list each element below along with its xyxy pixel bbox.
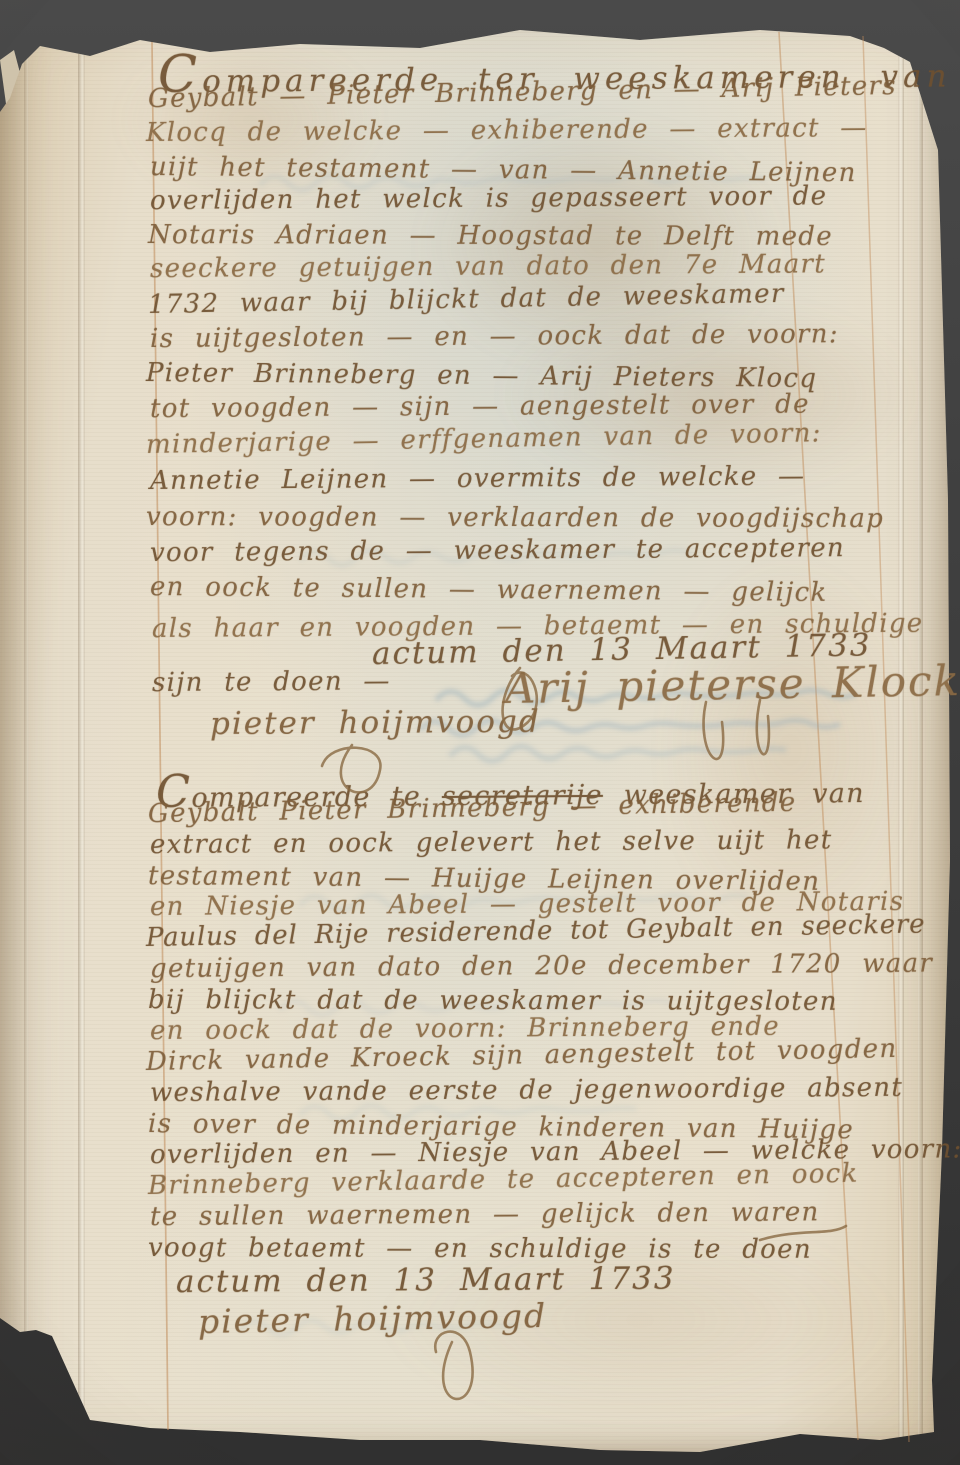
entry1-signature-right: Arij pieterse Klock [505, 656, 960, 713]
entry2-line: voogt betaemt — en schuldige is te doen [148, 1233, 812, 1265]
entry1-line: tot voogden — sijn — aengestelt over de [150, 389, 810, 424]
entry1-line: seeckere getuijgen van dato den 7e Maart [150, 249, 826, 284]
entry2-signature: pieter hoijmvoogd [198, 1296, 548, 1341]
entry1-line: Pieter Brinneberg en — Arij Pieters Kloc… [146, 358, 818, 394]
entry1-line: 1732 waar bij blijckt dat de weeskamer [148, 279, 785, 320]
entry2-line: getuijgen van dato den 20e december 1720… [150, 949, 933, 984]
entry1-line: is uijtgesloten — en — oock dat de voorn… [150, 319, 839, 354]
entry1-line: voorn: voogden — verklaarden de voogdijs… [146, 502, 884, 534]
entry2-line: te sullen waernemen — gelijck den waren [150, 1197, 820, 1232]
entry2-line: extract en oock gelevert het selve uijt … [150, 825, 833, 860]
handwritten-text-layer: Compareerde ter weeskameren van Geybalt … [0, 0, 960, 1465]
entry1-line: sijn te doen — [152, 666, 391, 698]
entry1-line: overlijden het welck is gepasseert voor … [150, 181, 827, 216]
entry1-line: Notaris Adriaen — Hoogstad te Delft mede [148, 220, 833, 252]
entry1-line: voor tegens de — weeskamer te accepteren [150, 533, 845, 568]
entry1-line: en oock te sullen — waernemen — gelijck [150, 572, 828, 608]
entry1-line: Annetie Leijnen — overmits de welcke — [150, 461, 806, 496]
entry1-line: Klocq de welcke — exhiberende — extract … [146, 113, 868, 148]
entry1-signature-left: pieter hoijmvoogd [210, 704, 541, 742]
entry2-actum-date: actum den 13 Maart 1733 [176, 1261, 676, 1300]
entry2-line: weshalve vande eerste de jegenwoordige a… [150, 1073, 903, 1108]
scanned-manuscript-page: Compareerde ter weeskameren van Geybalt … [0, 0, 960, 1465]
entry1-line: minderjarige — erffgenamen van de voorn: [146, 418, 822, 460]
